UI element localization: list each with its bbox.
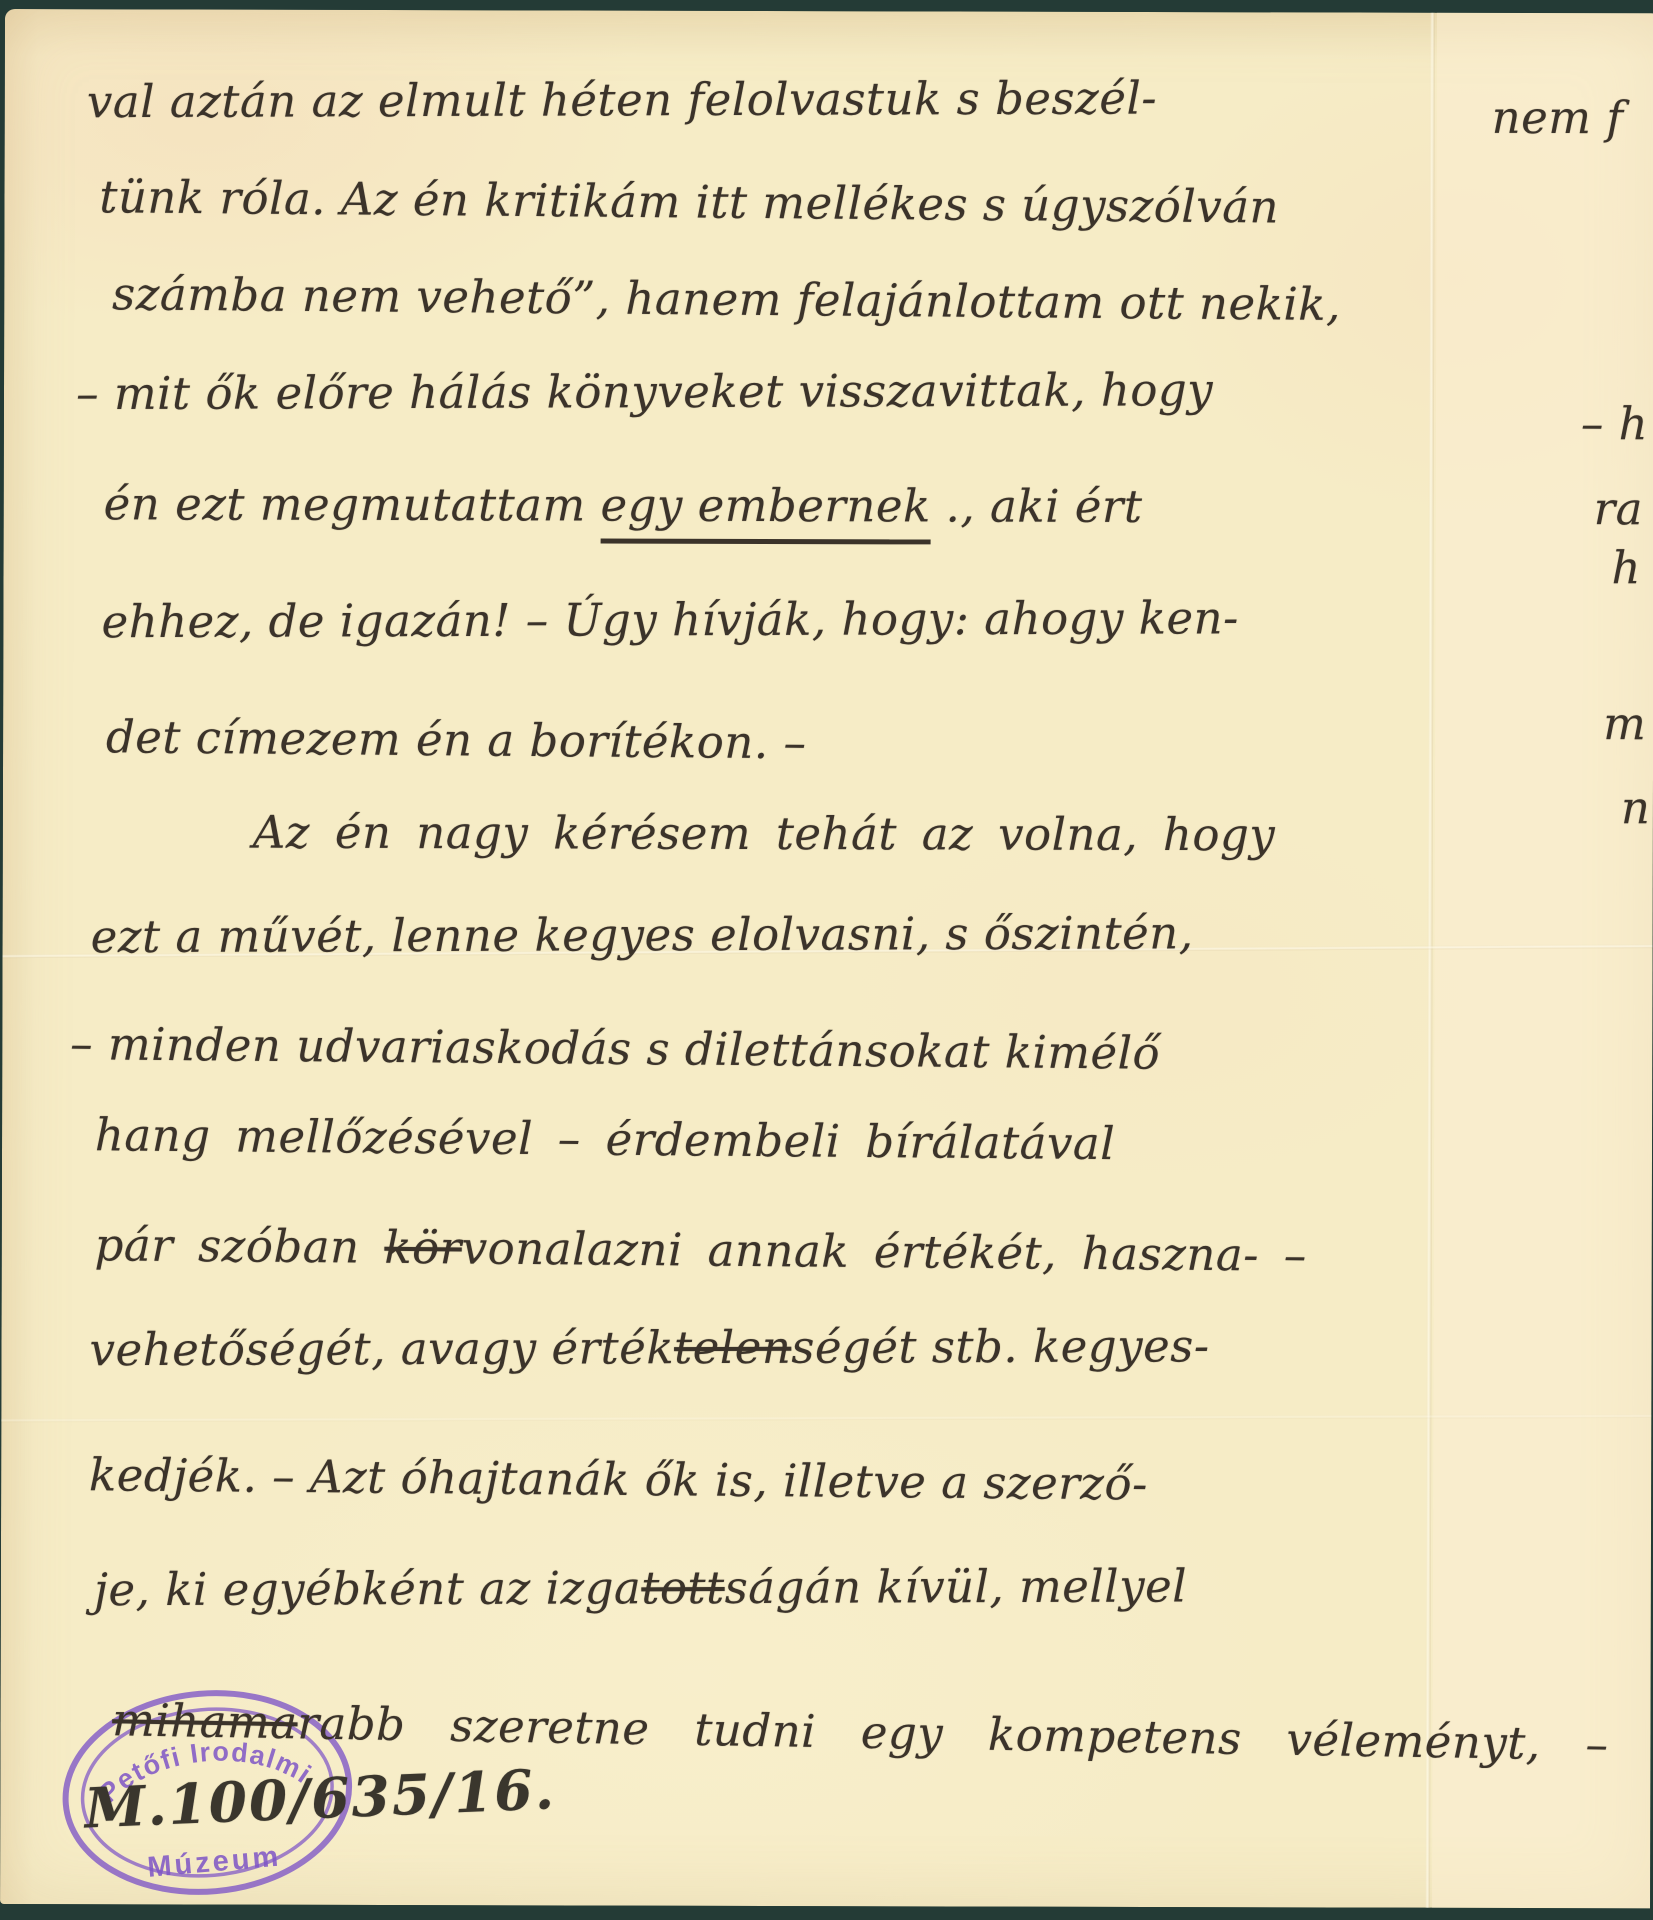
manuscript-line-08: Az én nagy kérésem tehát az volna, hogy [253, 810, 1276, 858]
manuscript-text: val aztán az elmult héten felolvastuk s … [5, 9, 1653, 13]
stamp-bottom-text: Múzeum [146, 1841, 282, 1884]
manuscript-line-07: det címezem én a borítékon. – [106, 714, 807, 765]
underlined-phrase: egy embernek [600, 479, 930, 545]
line-05-pre: én ezt megmutattam [104, 477, 601, 531]
manuscript-line-12: pár szóban körvonalazni annak értékét, h… [94, 1222, 1307, 1278]
adjacent-page-fragment-5: m [1603, 701, 1646, 746]
line-12-pre: pár szóban [94, 1218, 384, 1274]
paper-sheet: val aztán az elmult héten felolvastuk s … [0, 9, 1653, 1908]
manuscript-line-15: je, ki egyébként az izgatottságán kívül,… [94, 1563, 1187, 1612]
struck-word: telen [674, 1321, 791, 1374]
manuscript-line-04: – mit ők előre hálás könyveket visszavit… [76, 367, 1213, 416]
manuscript-line-03: számba nem vehető”, hanem felajánlottam … [112, 271, 1341, 327]
line-13-post: ségét stb. kegyes- [791, 1319, 1209, 1373]
adjacent-page-sliver [1432, 13, 1653, 1909]
line-12-post: vonalazni annak értékét, haszna- – [462, 1221, 1307, 1281]
line-15-post: ságán kívül, mellyel [725, 1559, 1188, 1614]
adjacent-page-fragment-3: ra [1594, 486, 1643, 531]
adjacent-page-fragment-1: nem f [1492, 95, 1624, 140]
struck-word: kör [384, 1221, 462, 1275]
scan-background: val aztán az elmult héten felolvastuk s … [0, 0, 1653, 1920]
manuscript-line-10: – minden udvariaskodás s dilettánsokat k… [70, 1021, 1160, 1076]
manuscript-line-14: kedjék. – Azt óhajtanák ők is, illetve a… [89, 1452, 1148, 1506]
adjacent-page-fragment-4: h [1611, 545, 1641, 590]
line-13-pre: vehetőségét, avagy érték [90, 1321, 675, 1376]
manuscript-line-11: hang mellőzésével – érdembeli bírálatáva… [95, 1112, 1116, 1166]
struck-word: mihama [112, 1693, 298, 1749]
adjacent-page-text: nem f – h ra h m n [5, 9, 1653, 13]
manuscript-line-05: én ezt megmutattam egy embernek ., aki é… [104, 481, 1143, 529]
struck-word: tott [641, 1561, 725, 1614]
manuscript-line-09: ezt a művét, lenne kegyes elolvasni, s ő… [91, 910, 1194, 959]
manuscript-line-06: ehhez, de igazán! – Úgy hívják, hogy: ah… [101, 595, 1238, 644]
manuscript-line-01: val aztán az elmult héten felolvastuk s … [87, 75, 1157, 124]
line-15-pre: je, ki egyébként az izga [94, 1561, 641, 1616]
manuscript-line-02: tünk róla. Az én kritikám itt mellékes s… [99, 174, 1279, 229]
adjacent-page-fragment-2: – h [1581, 401, 1648, 446]
line-05-post: ., aki ért [931, 479, 1143, 533]
adjacent-page-fragment-6: n [1621, 785, 1651, 830]
horizontal-fold-crease-lower [1, 1414, 1651, 1422]
manuscript-line-13: vehetőségét, avagy értéktelenségét stb. … [90, 1323, 1210, 1372]
